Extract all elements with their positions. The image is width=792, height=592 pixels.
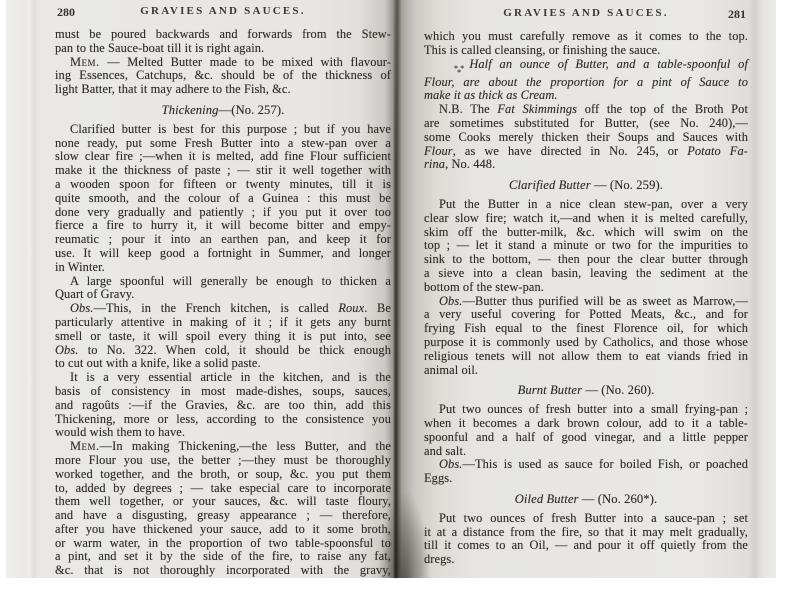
- text-line: particularly attentive in making of it ;…: [55, 316, 391, 330]
- section-heading: Clarified Butter — (No. 259).: [424, 179, 748, 193]
- text-run: — (No. 260).: [582, 383, 654, 397]
- text-run: smell or taste, it will spoil every thin…: [55, 329, 391, 343]
- right-page-body: which you must carefully remove as it co…: [424, 30, 748, 567]
- text-run: , No. 448.: [445, 157, 495, 171]
- page-number-left: 280: [57, 5, 75, 20]
- text-run: —This is used as sauce for boiled Fish, …: [462, 457, 748, 471]
- running-title-right: GRAVIES AND SAUCES.: [424, 7, 748, 19]
- text-line: Obs.—This is used as sauce for boiled Fi…: [424, 458, 748, 472]
- text-run: It is a very essential article in the ki…: [70, 370, 391, 384]
- text-run: purpose it is commonly used by Catholics…: [424, 335, 748, 349]
- text-line: done very gradually and patiently ; if y…: [55, 206, 391, 220]
- text-run: pan to the Sauce-boat till it is right a…: [55, 41, 264, 55]
- left-page-header: 280 GRAVIES AND SAUCES.: [55, 5, 391, 21]
- text-line: and salt.: [424, 445, 748, 459]
- text-line: Flour, as we have directed in No. 245, o…: [424, 145, 748, 159]
- text-run: to, added by degrees ; — take especial c…: [55, 481, 391, 495]
- text-run: Obs.: [439, 457, 462, 471]
- text-run: frying Fish equal to the finest Florence…: [424, 321, 748, 335]
- paragraph: Mem. — Melted Butter made to be mixed wi…: [55, 56, 391, 97]
- text-run: —In making Thickening,—the less Butter, …: [100, 439, 391, 453]
- text-run: Clarified butter is best for this purpos…: [70, 122, 391, 136]
- text-line: Put two ounces of fresh Butter into a sa…: [424, 512, 748, 526]
- text-line: Mem.—In making Thickening,—the less Butt…: [55, 440, 391, 454]
- text-run: quite smooth, and the colour of a Guinea…: [55, 191, 391, 205]
- text-line: use. It will keep good a fortnight in Su…: [55, 247, 391, 261]
- paragraph: Obs.—Butter thus purified will be as swe…: [424, 295, 748, 378]
- text-run: and ragoûts :—if the Gravies, &c. are to…: [55, 398, 391, 412]
- text-line: quite smooth, and the colour of a Guinea…: [55, 192, 391, 206]
- running-title-left: GRAVIES AND SAUCES.: [55, 5, 391, 17]
- text-run: Obs.: [70, 301, 93, 315]
- text-run: none ready, put some Fresh Butter into a…: [55, 136, 391, 150]
- text-run: Half an ounce of Butter, and a table-spo…: [469, 57, 748, 71]
- text-line: Mem. — Melted Butter made to be mixed wi…: [55, 56, 391, 70]
- book-scan: 280 GRAVIES AND SAUCES. must be poured b…: [0, 0, 792, 592]
- text-run: — (No. 260*).: [579, 492, 658, 506]
- text-line: This is called cleansing, or finishing t…: [424, 44, 748, 58]
- paragraph: Put two ounces of fresh butter into a sm…: [424, 403, 748, 458]
- text-run: — Melted Butter made to be mixed with fl…: [100, 55, 391, 69]
- text-line: light Batter, that it may adhere to the …: [55, 83, 391, 97]
- text-run: Flour: [424, 144, 453, 158]
- text-run: dregs.: [424, 552, 455, 566]
- text-run: Put the Butter in a nice clean stew-pan,…: [439, 197, 748, 211]
- text-run: Obs.: [55, 343, 78, 357]
- text-line: clear slow fire; watch it,—and when it i…: [424, 212, 748, 226]
- paragraph: * **Half an ounce of Butter, and a table…: [424, 58, 748, 104]
- text-line: animal oil.: [424, 364, 748, 378]
- text-run: basis of consistency in most made-dishes…: [55, 384, 391, 398]
- text-run: or warm water, in the proportion of two …: [55, 536, 391, 550]
- text-run: make it the thickness of paste ; — stir …: [55, 163, 391, 177]
- text-line: and have a disgusting, greasy appearance…: [55, 509, 391, 523]
- paragraph: A large spoonful will generally be enoug…: [55, 275, 391, 303]
- left-page-edge-shading: [28, 0, 38, 578]
- text-run: A large spoonful will generally be enoug…: [70, 274, 391, 288]
- right-page-content: GRAVIES AND SAUCES. 281 which you must c…: [424, 7, 748, 567]
- text-line: top ; — let it stand a minute or two for…: [424, 239, 748, 253]
- text-line: fierce a fire to hurry it, it will becom…: [55, 219, 391, 233]
- paragraph: must be poured backwards and forwards fr…: [55, 28, 391, 56]
- text-run: after you have thickened your sauce, add…: [55, 522, 391, 536]
- text-run: Put two ounces of fresh butter into a sm…: [439, 402, 748, 416]
- text-run: Thickening, more or less, according to t…: [55, 412, 391, 426]
- paragraph: Put two ounces of fresh Butter into a sa…: [424, 512, 748, 567]
- text-line: a sieve into a clean basin, leaving the …: [424, 267, 748, 281]
- paragraph: Clarified butter is best for this purpos…: [55, 123, 391, 275]
- text-run: use. It will keep good a fortnight in Su…: [55, 246, 391, 260]
- text-line: or warm water, in the proportion of two …: [55, 537, 391, 551]
- text-line: more Flour you use, the better ;—they mu…: [55, 454, 391, 468]
- text-run: ing Essences, Catchups, &c. should be of…: [55, 68, 391, 82]
- left-page-body: must be poured backwards and forwards fr…: [55, 28, 391, 578]
- text-line: make it the thickness of paste ; — stir …: [55, 164, 391, 178]
- text-line: Obs. to No. 322. When cold, it should be…: [55, 344, 391, 358]
- text-run: religious tenets will not allow them to …: [424, 349, 748, 363]
- text-run: Oiled Butter: [515, 492, 579, 506]
- text-line: slow clear fire ;—when it is melted, add…: [55, 150, 391, 164]
- text-line: to, added by degrees ; — take especial c…: [55, 482, 391, 496]
- text-run: which you must carefully remove as it co…: [424, 29, 748, 43]
- text-run: light Batter, that it may adhere to the …: [55, 82, 291, 96]
- text-run: fierce a fire to hurry it, it will becom…: [55, 218, 391, 232]
- text-run: rina: [424, 157, 445, 171]
- text-line: purpose it is commonly used by Catholics…: [424, 336, 748, 350]
- text-line: Thickening, more or less, according to t…: [55, 413, 391, 427]
- text-run: animal oil.: [424, 363, 478, 377]
- text-run: slow clear fire ;—when it is melted, add…: [55, 149, 391, 163]
- text-run: off the top of the Broth Pot: [577, 102, 748, 116]
- paragraph: Mem.—In making Thickening,—the less Butt…: [55, 440, 391, 578]
- text-run: and have a disgusting, greasy appearance…: [55, 508, 391, 522]
- text-run: Eggs.: [424, 471, 452, 485]
- text-line: reumatic ; pour it into an earthen pan, …: [55, 233, 391, 247]
- text-line: and ragoûts :—if the Gravies, &c. are to…: [55, 399, 391, 413]
- text-run: to No. 322. When cold, it should be thic…: [78, 343, 391, 357]
- paragraph: which you must carefully remove as it co…: [424, 30, 748, 58]
- text-run: Burnt Butter: [518, 383, 583, 397]
- text-run: Clarified Butter: [509, 178, 591, 192]
- text-run: a very useful covering for Potted Meats,…: [424, 307, 748, 321]
- paragraph: N.B. The Fat Skimmings off the top of th…: [424, 103, 748, 172]
- text-line: Put the Butter in a nice clean stew-pan,…: [424, 198, 748, 212]
- text-line: a wooden spoon for fifteen or twenty min…: [55, 178, 391, 192]
- text-run: Quart of Gravy.: [55, 287, 135, 301]
- text-run: are sometimes substituted for Butter, (s…: [424, 116, 748, 130]
- text-line: &c. that is not thoroughly incorporated …: [55, 564, 391, 578]
- text-line: religious tenets will not allow them to …: [424, 350, 748, 364]
- page-number-right: 281: [728, 7, 746, 22]
- section-heading: Oiled Butter — (No. 260*).: [424, 493, 748, 507]
- text-line: Put two ounces of fresh butter into a sm…: [424, 403, 748, 417]
- text-run: a pint, and set it by the side of the fi…: [55, 549, 391, 563]
- paragraph: Obs.—This is used as sauce for boiled Fi…: [424, 458, 748, 486]
- text-run: clear slow fire; watch it,—and when it i…: [424, 211, 748, 225]
- text-line: which you must carefully remove as it co…: [424, 30, 748, 44]
- text-run: Mem.: [70, 55, 100, 69]
- text-line: sink to the bottom, — then pour the clea…: [424, 253, 748, 267]
- text-line: make it as thick as Cream.: [424, 89, 748, 103]
- text-run: —(No. 257).: [219, 103, 285, 117]
- text-run: , as we have directed in No. 245, or: [453, 144, 687, 158]
- text-run: N.B. The: [439, 102, 497, 116]
- text-run: reumatic ; pour it into an earthen pan, …: [55, 232, 391, 246]
- text-run: and salt.: [424, 444, 466, 458]
- text-line: when it becomes a dark brown colour, add…: [424, 417, 748, 431]
- text-line: Obs.—Butter thus purified will be as swe…: [424, 295, 748, 309]
- text-run: . Be: [364, 301, 391, 315]
- text-line: must be poured backwards and forwards fr…: [55, 28, 391, 42]
- text-run: &c. that is not thoroughly incorporated …: [55, 563, 391, 577]
- text-run: it at a distance from the fire, so that …: [424, 525, 748, 539]
- text-run: Put two ounces of fresh Butter into a sa…: [439, 511, 748, 525]
- section-heading: Burnt Butter — (No. 260).: [424, 384, 748, 398]
- text-line: ing Essences, Catchups, &c. should be of…: [55, 69, 391, 83]
- text-run: sink to the bottom, — then pour the clea…: [424, 252, 748, 266]
- text-run: Thickening: [162, 103, 219, 117]
- paragraph: It is a very essential article in the ki…: [55, 371, 391, 440]
- text-run: till it comes to an Oil, — and pour it o…: [424, 538, 748, 552]
- section-heading: Thickening—(No. 257).: [55, 104, 391, 118]
- text-line: some Cooks merely thicken their Soups an…: [424, 131, 748, 145]
- text-run: to cut out with a knife, like a solid pa…: [55, 356, 261, 370]
- right-page-header: GRAVIES AND SAUCES. 281: [424, 7, 748, 23]
- text-run: a sieve into a clean basin, leaving the …: [424, 266, 748, 280]
- text-line: are sometimes substituted for Butter, (s…: [424, 117, 748, 131]
- left-page-content: 280 GRAVIES AND SAUCES. must be poured b…: [55, 5, 391, 578]
- text-run: particularly attentive in making of it ;…: [55, 315, 391, 329]
- text-line: Flour, are about the proportion for a pi…: [424, 76, 748, 90]
- text-line: Eggs.: [424, 472, 748, 486]
- text-line: worked together, and the broth, or soup,…: [55, 468, 391, 482]
- text-line: pan to the Sauce-boat till it is right a…: [55, 42, 391, 56]
- text-run: Flour, are about the proportion for a pi…: [424, 75, 748, 89]
- text-run: —This, in the French kitchen, is called: [93, 301, 338, 315]
- text-line: it at a distance from the fire, so that …: [424, 526, 748, 540]
- text-line: to cut out with a knife, like a solid pa…: [55, 357, 391, 371]
- text-run: top ; — let it stand a minute or two for…: [424, 238, 748, 252]
- text-line: rina, No. 448.: [424, 158, 748, 172]
- text-run: — (No. 259).: [591, 178, 663, 192]
- text-run: spoonful and a half of good vinegar, and…: [424, 430, 748, 444]
- text-line: spoonful and a half of good vinegar, and…: [424, 431, 748, 445]
- text-line: frying Fish equal to the finest Florence…: [424, 322, 748, 336]
- text-line: none ready, put some Fresh Butter into a…: [55, 137, 391, 151]
- text-run: must be poured backwards and forwards fr…: [55, 27, 391, 41]
- paragraph: Obs.—This, in the French kitchen, is cal…: [55, 302, 391, 371]
- text-line: smell or taste, it will spoil every thin…: [55, 330, 391, 344]
- text-run: worked together, and the broth, or soup,…: [55, 467, 391, 481]
- left-page: 280 GRAVIES AND SAUCES. must be poured b…: [6, 0, 395, 578]
- text-line: in Winter.: [55, 261, 391, 275]
- page-spread: 280 GRAVIES AND SAUCES. must be poured b…: [6, 0, 776, 578]
- text-run: Fat Skimmings: [497, 102, 577, 116]
- text-line: dregs.: [424, 553, 748, 567]
- text-run: —Butter thus purified will be as sweet a…: [462, 294, 748, 308]
- text-line: them well together, or your sauces, &c. …: [55, 495, 391, 509]
- text-run: Mem.: [70, 439, 100, 453]
- text-run: Obs.: [439, 294, 462, 308]
- text-run: them well together, or your sauces, &c. …: [55, 494, 391, 508]
- text-line: after you have thickened your sauce, add…: [55, 523, 391, 537]
- text-run: Potato Fa-: [687, 144, 748, 158]
- text-run: This is called cleansing, or finishing t…: [424, 43, 660, 57]
- text-line: would wish them to have.: [55, 426, 391, 440]
- text-line: skim off the butter-milk, &c. which will…: [424, 226, 748, 240]
- text-line: till it comes to an Oil, — and pour it o…: [424, 539, 748, 553]
- text-line: * **Half an ounce of Butter, and a table…: [424, 58, 748, 76]
- text-run: when it becomes a dark brown colour, add…: [424, 416, 748, 430]
- text-run: more Flour you use, the better ;—they mu…: [55, 453, 391, 467]
- text-line: a pint, and set it by the side of the fi…: [55, 550, 391, 564]
- paragraph: Put the Butter in a nice clean stew-pan,…: [424, 198, 748, 295]
- text-line: A large spoonful will generally be enoug…: [55, 275, 391, 289]
- text-run: done very gradually and patiently ; if y…: [55, 205, 391, 219]
- text-line: Quart of Gravy.: [55, 288, 391, 302]
- text-line: a very useful covering for Potted Meats,…: [424, 308, 748, 322]
- text-run: a wooden spoon for fifteen or twenty min…: [55, 177, 391, 191]
- text-run: some Cooks merely thicken their Soups an…: [424, 130, 748, 144]
- text-run: Roux: [338, 301, 364, 315]
- text-run: make it as thick as Cream.: [424, 88, 558, 102]
- right-page: GRAVIES AND SAUCES. 281 which you must c…: [418, 0, 776, 578]
- text-run: skim off the butter-milk, &c. which will…: [424, 225, 748, 239]
- text-line: basis of consistency in most made-dishes…: [55, 385, 391, 399]
- text-run: would wish them to have.: [55, 425, 185, 439]
- text-run: in Winter.: [55, 260, 105, 274]
- text-line: bottom of the stew-pan.: [424, 281, 748, 295]
- text-line: Obs.—This, in the French kitchen, is cal…: [55, 302, 391, 316]
- text-line: Clarified butter is best for this purpos…: [55, 123, 391, 137]
- text-line: N.B. The Fat Skimmings off the top of th…: [424, 103, 748, 117]
- text-run: bottom of the stew-pan.: [424, 280, 544, 294]
- text-line: It is a very essential article in the ki…: [55, 371, 391, 385]
